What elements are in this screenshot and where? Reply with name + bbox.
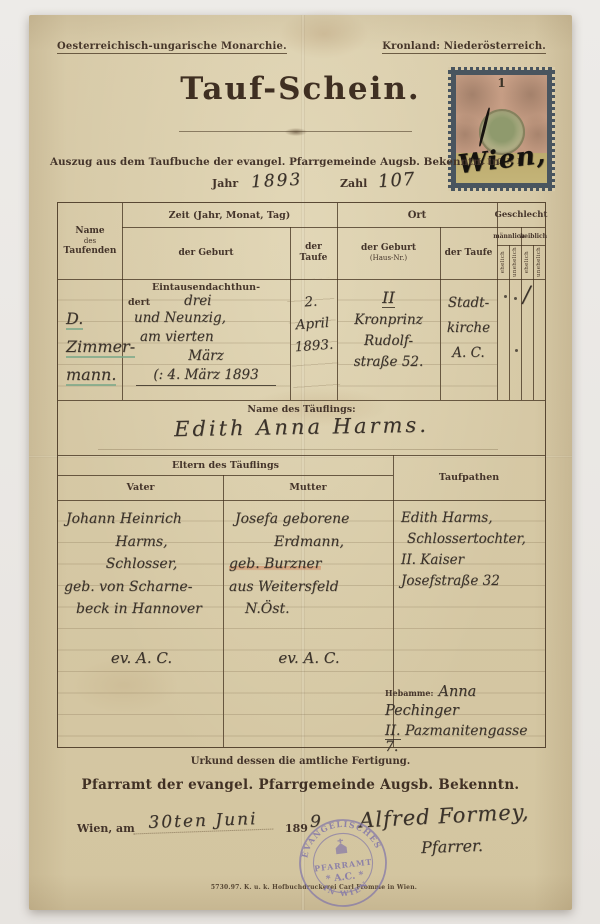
church-icon [335,838,348,854]
parish-round-stamp: EVANGELISCHES IN WIEN PFARRAMT * A.C. * [292,812,395,915]
writing-baseline [98,449,498,450]
jahr-value: 1893 [251,170,303,193]
header-text: des [84,237,96,246]
eltern-group-label: Eltern des Täuflings [58,455,393,475]
handwritten-text: aus Weitersfeld [229,576,389,599]
intro-line: Auszug aus dem Taufbuche der evangel. Pf… [50,156,450,168]
handwritten-text: Kronprinz [337,310,440,331]
jahr-label: Jahr [212,177,238,190]
handwritten-text: geb. Burzner [229,556,321,572]
header-text: der Geburt [361,243,416,254]
handwritten-text: II. Kaiser [401,550,541,571]
signature-title: Pfarrer. [421,836,484,857]
handwritten-text: Rudolf- [337,331,440,352]
header-text: Geschlecht [495,210,548,221]
header-text: Ort [408,210,427,221]
pfarramt-line: Pfarramt der evangel. Pfarrgemeinde Augs… [29,777,572,793]
handwritten-text: (: 4. März 1893 [136,366,276,386]
flourish-ornament [285,128,307,136]
baptism-register-table: Name des Taufenden Zeit (Jahr, Monat, Ta… [57,202,546,748]
ink-dot [514,297,517,300]
handwritten-text: Edith Harms, [401,508,541,529]
printed-text: Eintausendachthun- [122,282,290,293]
handwritten-text: am vierten [122,328,290,347]
header-text: (Haus-Nr.) [370,254,407,263]
handwritten-text: D. [66,309,83,330]
ink-dot [515,349,518,352]
col-header-ort-taufe: der Taufe [440,227,497,279]
header-text: ehelich [500,251,506,273]
handwritten-text: straße 52. [337,352,440,373]
col-header-ehelich: ehelich [521,245,533,279]
header-text: ehelich [524,251,530,273]
urkund-line: Urkund dessen die amtliche Fertigung. [29,756,572,767]
header-text: unehelich [512,247,518,277]
header-text: Mutter [289,482,326,493]
header-text: weiblich [519,231,547,242]
handwritten-text: Schlossertochter, [401,529,541,550]
header-text: der Geburt [178,248,233,259]
handwritten-text: A. C. [440,341,497,366]
document-paper: Oesterreichisch-ungarische Monarchie. Kr… [29,15,572,910]
revenue-stamp: 1 KRONE Wien, [448,67,555,191]
handwritten-text: März [122,347,290,366]
handwritten-text: ev. A. C. [64,647,219,670]
handwritten-text: Schlosser, [64,553,219,576]
header-text: Vater [126,482,154,493]
cell-geburt-datum: Eintausendachthun- dert drei und Neunzig… [122,279,290,400]
cell-geburtsort: II Kronprinz Rudolf- straße 52. [337,279,440,400]
header-text: Taufe [300,253,328,264]
handwritten-text: Josefstraße 32 [401,571,541,592]
photo-background: Oesterreichisch-ungarische Monarchie. Kr… [0,0,600,924]
handwritten-text: Stadt- [440,291,497,316]
handwritten-text: ev. A. C. [229,647,389,670]
handwritten-text: Johann Heinrich [64,508,219,531]
col-group-geschlecht: Geschlecht [497,203,545,227]
stamp-value: 1 [456,76,547,90]
printed-text: Hebamme: [385,688,433,698]
signature-name: Alfred Formey, [359,798,570,833]
col-header-weiblich: weiblich [521,227,545,245]
ink-dot [504,295,507,298]
printed-text: dert [128,297,150,308]
datum-handwritten: 30ten Juni [133,809,274,835]
handwritten-text: drei [184,293,211,309]
col-header-ort-geburt: der Geburt (Haus-Nr.) [337,227,440,279]
handwritten-text: Harms, [64,531,219,554]
col-header-mutter: Mutter [223,475,393,500]
zahl-value: 107 [377,169,416,193]
col-group-zeit: Zeit (Jahr, Monat, Tag) [122,203,337,227]
header-text: Eltern des Täuflings [172,460,279,471]
col-header-vater: Vater [58,475,223,500]
header-text: Name des Täuflings: [247,404,355,415]
handwritten-text: kirche [440,316,497,341]
col-group-ort: Ort [337,203,497,227]
header-text: der [305,242,322,253]
header-text: Name [75,226,104,237]
header-text: der Taufe [445,248,493,259]
paper-stain [279,9,369,59]
handwritten-text: beck in Hannover [64,598,219,621]
col-header-taufpathen: Taufpathen [393,455,545,500]
col-header-name: Name des Taufenden [58,203,122,279]
handwritten-text: 1893. [290,333,338,358]
cell-vater: Johann Heinrich Harms, Schlosser, geb. v… [58,500,223,747]
cell-taufender-name: D. Zimmer- mann. [58,279,122,400]
stamp-text-ac: * A.C. * [325,870,364,886]
geschlecht-mark: / [523,283,530,308]
handwritten-text: Josefa geborene [229,508,389,531]
handwritten-text: II. [385,723,401,740]
header-text: Zeit (Jahr, Monat, Tag) [169,210,291,221]
handwritten-text: geb. von Scharne- [64,576,219,599]
col-header-zeit-taufe: der Taufe [290,227,337,279]
handwritten-text: und Neunzig, [122,309,290,328]
cell-taufort: Stadt- kirche A. C. [440,279,497,400]
cell-mutter: Josefa geborene Erdmann, geb. Burzner au… [223,500,393,747]
col-header-unehelich: unehelich [533,245,545,279]
handwritten-text: II [382,288,395,308]
monarchy-heading: Oesterreichisch-ungarische Monarchie. [57,41,287,54]
title-flourish-rule [179,131,412,132]
handwritten-text: Erdmann, [229,531,389,554]
handwritten-text: mann. [66,365,116,386]
header-text: Taufenden [64,246,117,257]
col-header-ehelich: ehelich [497,245,509,279]
col-header-maennlich: männlich [497,227,521,245]
cell-taufe-datum: 2. April 1893. [286,278,341,402]
col-header-unehelich: unehelich [509,245,521,279]
hebamme-block: Hebamme: Anna Pechinger II. Pazmanitenga… [385,681,545,747]
header-text: Taufpathen [439,472,499,483]
col-header-zeit-geburt: der Geburt [122,227,290,279]
handwritten-text: Pazmanitengasse 7. [385,723,528,755]
ort-datum-label: Wien, am [77,822,135,835]
zahl-label: Zahl [340,177,367,190]
header-text: unehelich [536,247,542,277]
handwritten-text: N.Öst. [229,598,389,621]
kronland-heading: Kronland: Niederösterreich. [382,41,546,54]
